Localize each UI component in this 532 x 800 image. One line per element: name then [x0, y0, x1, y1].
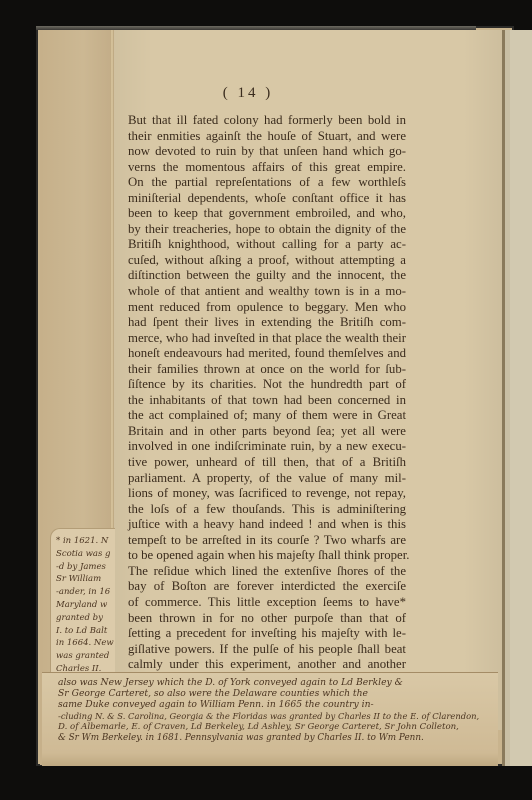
text-line: miniſterial dependents, whoſe conſtant o…	[128, 191, 406, 207]
text-line: ment reduced from opulence to beggary. M…	[128, 300, 406, 316]
body-text: But that ill fated colony had formerly b…	[128, 113, 406, 766]
note-line: * in 1621. N	[51, 535, 115, 548]
note-line: Sr William	[51, 573, 115, 586]
text-line: been to keep that government embroiled, …	[128, 206, 406, 222]
text-line: the inhabitants of that town had been co…	[128, 393, 406, 409]
text-line: diſtinction between the guilty and the i…	[128, 268, 406, 284]
handwritten-side-note: * in 1621. N Scotia was g -d by James Sr…	[50, 528, 115, 680]
background-shadow	[36, 766, 532, 800]
text-line: to be opened again when his majeſty ſhal…	[128, 548, 406, 564]
text-line: giſlative powers. If the pulſe of his pe…	[128, 642, 406, 658]
note-line: Scotia was g	[51, 548, 115, 561]
text-line: of commerce. This little exception ſeems…	[128, 595, 406, 611]
note-line: Maryland w	[51, 599, 115, 612]
text-line: tive power, unheard of till then, that o…	[128, 455, 406, 471]
note-line: was granted	[51, 650, 115, 663]
page-number: ( 14 )	[114, 85, 382, 102]
handwritten-bottom-note: also was New Jersey which the D. of York…	[42, 672, 498, 767]
text-line: Britain and in other parts beyond ſea; y…	[128, 424, 406, 440]
text-line: merce, who had inveſted in that place th…	[128, 331, 406, 347]
note-line: D. of Albemarle, E. of Craven, Ld Berkel…	[42, 722, 498, 733]
text-line: whole of that antient and wealthy town i…	[128, 284, 406, 300]
text-line: tempeſt to be arreſted in its courſe ? T…	[128, 533, 406, 549]
text-line: The reſidue which lined the extenſive ſh…	[128, 564, 406, 580]
text-line: involved in one indiſcriminate ruin, by …	[128, 439, 406, 455]
text-line: the act complained of; many of them were…	[128, 408, 406, 424]
text-line: the loſs of a few thouſands. This is adm…	[128, 502, 406, 518]
page-fore-edge	[502, 30, 532, 770]
text-line: honeſt endeavours had merited, found the…	[128, 346, 406, 362]
note-line: & Sr Wm Berkeley. in 1681. Pennsylvania …	[42, 733, 498, 744]
note-line: Sr George Carteret, so also were the Del…	[42, 688, 498, 699]
text-line: now devoted to ruin by that unſeen hand …	[128, 144, 406, 160]
text-line: calmly under this experiment, another an…	[128, 657, 406, 673]
note-line: I. to Ld Balt	[51, 625, 115, 638]
text-line: their enmities againſt the houſe of Stua…	[128, 129, 406, 145]
text-line: Britiſh knighthood, without calling for …	[128, 237, 406, 253]
text-line: ſetting a precedent for inveſting his ma…	[128, 626, 406, 642]
text-line: had ſpent their lives in extending the B…	[128, 315, 406, 331]
text-line: parliament. A property, of the value of …	[128, 471, 406, 487]
printed-page: ( 14 ) But that ill fated colony had for…	[114, 30, 502, 730]
note-line: -cluding N. & S. Carolina, Georgia & the…	[42, 711, 498, 722]
note-line: granted by	[51, 612, 115, 625]
text-line: On the partial repreſentations of a few …	[128, 175, 406, 191]
text-line: been thrown in for no other purpoſe than…	[128, 611, 406, 627]
note-line: same Duke conveyed again to William Penn…	[42, 699, 498, 710]
note-line: -d by James	[51, 561, 115, 574]
text-line: bay of Boſton are forever interdicted th…	[128, 579, 406, 595]
text-line: verns the momentous affairs of this grea…	[128, 160, 406, 176]
text-line: their families thrown at once on the wor…	[128, 362, 406, 378]
text-line: cuſed, without aſking a proof, without a…	[128, 253, 406, 269]
note-line: in 1664. New	[51, 637, 115, 650]
note-line: also was New Jersey which the D. of York…	[42, 677, 498, 688]
text-line: lions of money, was ſacrificed to reveng…	[128, 486, 406, 502]
note-line: -ander, in 16	[51, 586, 115, 599]
text-line: juſtice with a heavy hand indeed ! and w…	[128, 517, 406, 533]
text-line: But that ill fated colony had formerly b…	[128, 113, 406, 129]
text-line: by their treacheries, hope to obtain the…	[128, 222, 406, 238]
text-line: ſiſtence by its charities. Not the hundr…	[128, 377, 406, 393]
